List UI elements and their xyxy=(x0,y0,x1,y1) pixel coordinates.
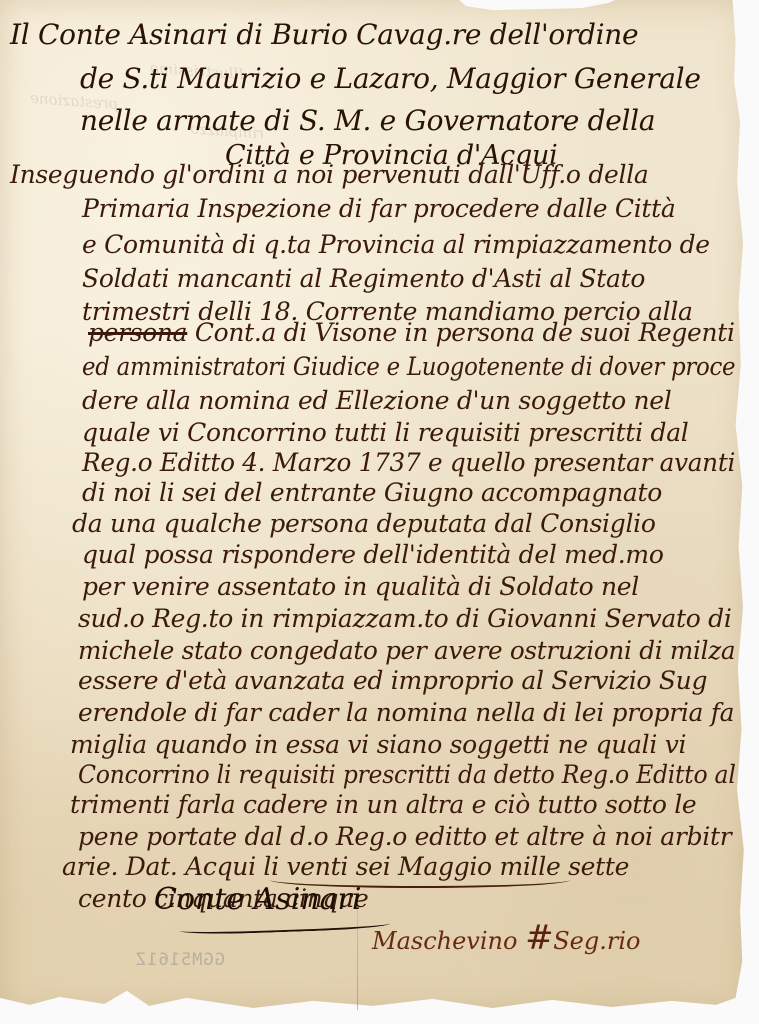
body-line: quale vi Concorrino tutti li requisiti p… xyxy=(82,418,689,447)
body-line: trimenti farla cadere in un altra e ciò … xyxy=(70,790,696,819)
body-line: Inseguendo gl'ordini a noi pervenuti dal… xyxy=(10,160,649,189)
body-line-text: Cont.a di Visone in persona de suoi Rege… xyxy=(195,318,735,347)
secretary-signature: Maschevino # Seg.rio xyxy=(372,918,640,958)
secretary-title: Seg.rio xyxy=(553,927,640,955)
body-line: da una qualche persona deputata dal Cons… xyxy=(72,509,656,538)
body-line: erendole di far cader la nomina nella di… xyxy=(78,698,734,727)
body-line: di noi li sei del entrante Giugno accomp… xyxy=(82,478,662,507)
body-line: dere alla nomina ed Ellezione d'un sogge… xyxy=(82,386,671,415)
body-line: Concorrino li requisiti prescritti da de… xyxy=(78,760,736,789)
signature-underline xyxy=(180,916,390,935)
body-line-with-strikethrough: persona Cont.a di Visone in persona de s… xyxy=(88,318,735,347)
body-line: sud.o Reg.to in rimpiazzam.to di Giovann… xyxy=(78,604,732,633)
paraph-mark: # xyxy=(525,918,546,958)
struck-word: persona xyxy=(88,318,187,347)
body-line: qual possa rispondere dell'identità del … xyxy=(82,540,664,569)
heading-line: de S.ti Maurizio e Lazaro, Maggior Gener… xyxy=(80,62,701,95)
heading-line: Il Conte Asinari di Burio Cavag.re dell'… xyxy=(10,18,638,51)
body-line: per venire assentato in qualità di Solda… xyxy=(82,572,639,601)
document-viewport: Illustrissimo prestazione rimpiazzo Il C… xyxy=(0,0,759,1024)
body-line: ed amministratori Giudice e Luogotenente… xyxy=(82,352,735,381)
body-line: Soldati mancanti al Regimento d'Asti al … xyxy=(82,264,645,293)
body-line: michele stato congedato per avere ostruz… xyxy=(78,636,735,665)
body-line: Primaria Inspezione di far procedere dal… xyxy=(82,194,676,223)
manuscript-text: Il Conte Asinari di Burio Cavag.re dell'… xyxy=(0,0,746,1012)
body-line: pene portate dal d.o Reg.o editto et alt… xyxy=(78,822,731,851)
body-line: miglia quando in essa vi siano soggetti … xyxy=(70,730,686,759)
archive-stamp-number: GGM5161Z xyxy=(135,950,225,970)
secretary-name: Maschevino xyxy=(372,927,517,955)
heading-line: nelle armate di S. M. e Governatore dell… xyxy=(80,104,655,137)
body-line: e Comunità di q.ta Provincia al rimpiazz… xyxy=(82,230,710,259)
body-line: Reg.o Editto 4. Marzo 1737 e quello pres… xyxy=(82,448,735,477)
body-line: essere d'età avanzata ed improprio al Se… xyxy=(78,666,707,695)
signature-conte-asinari: Conte Asinari xyxy=(154,882,361,917)
